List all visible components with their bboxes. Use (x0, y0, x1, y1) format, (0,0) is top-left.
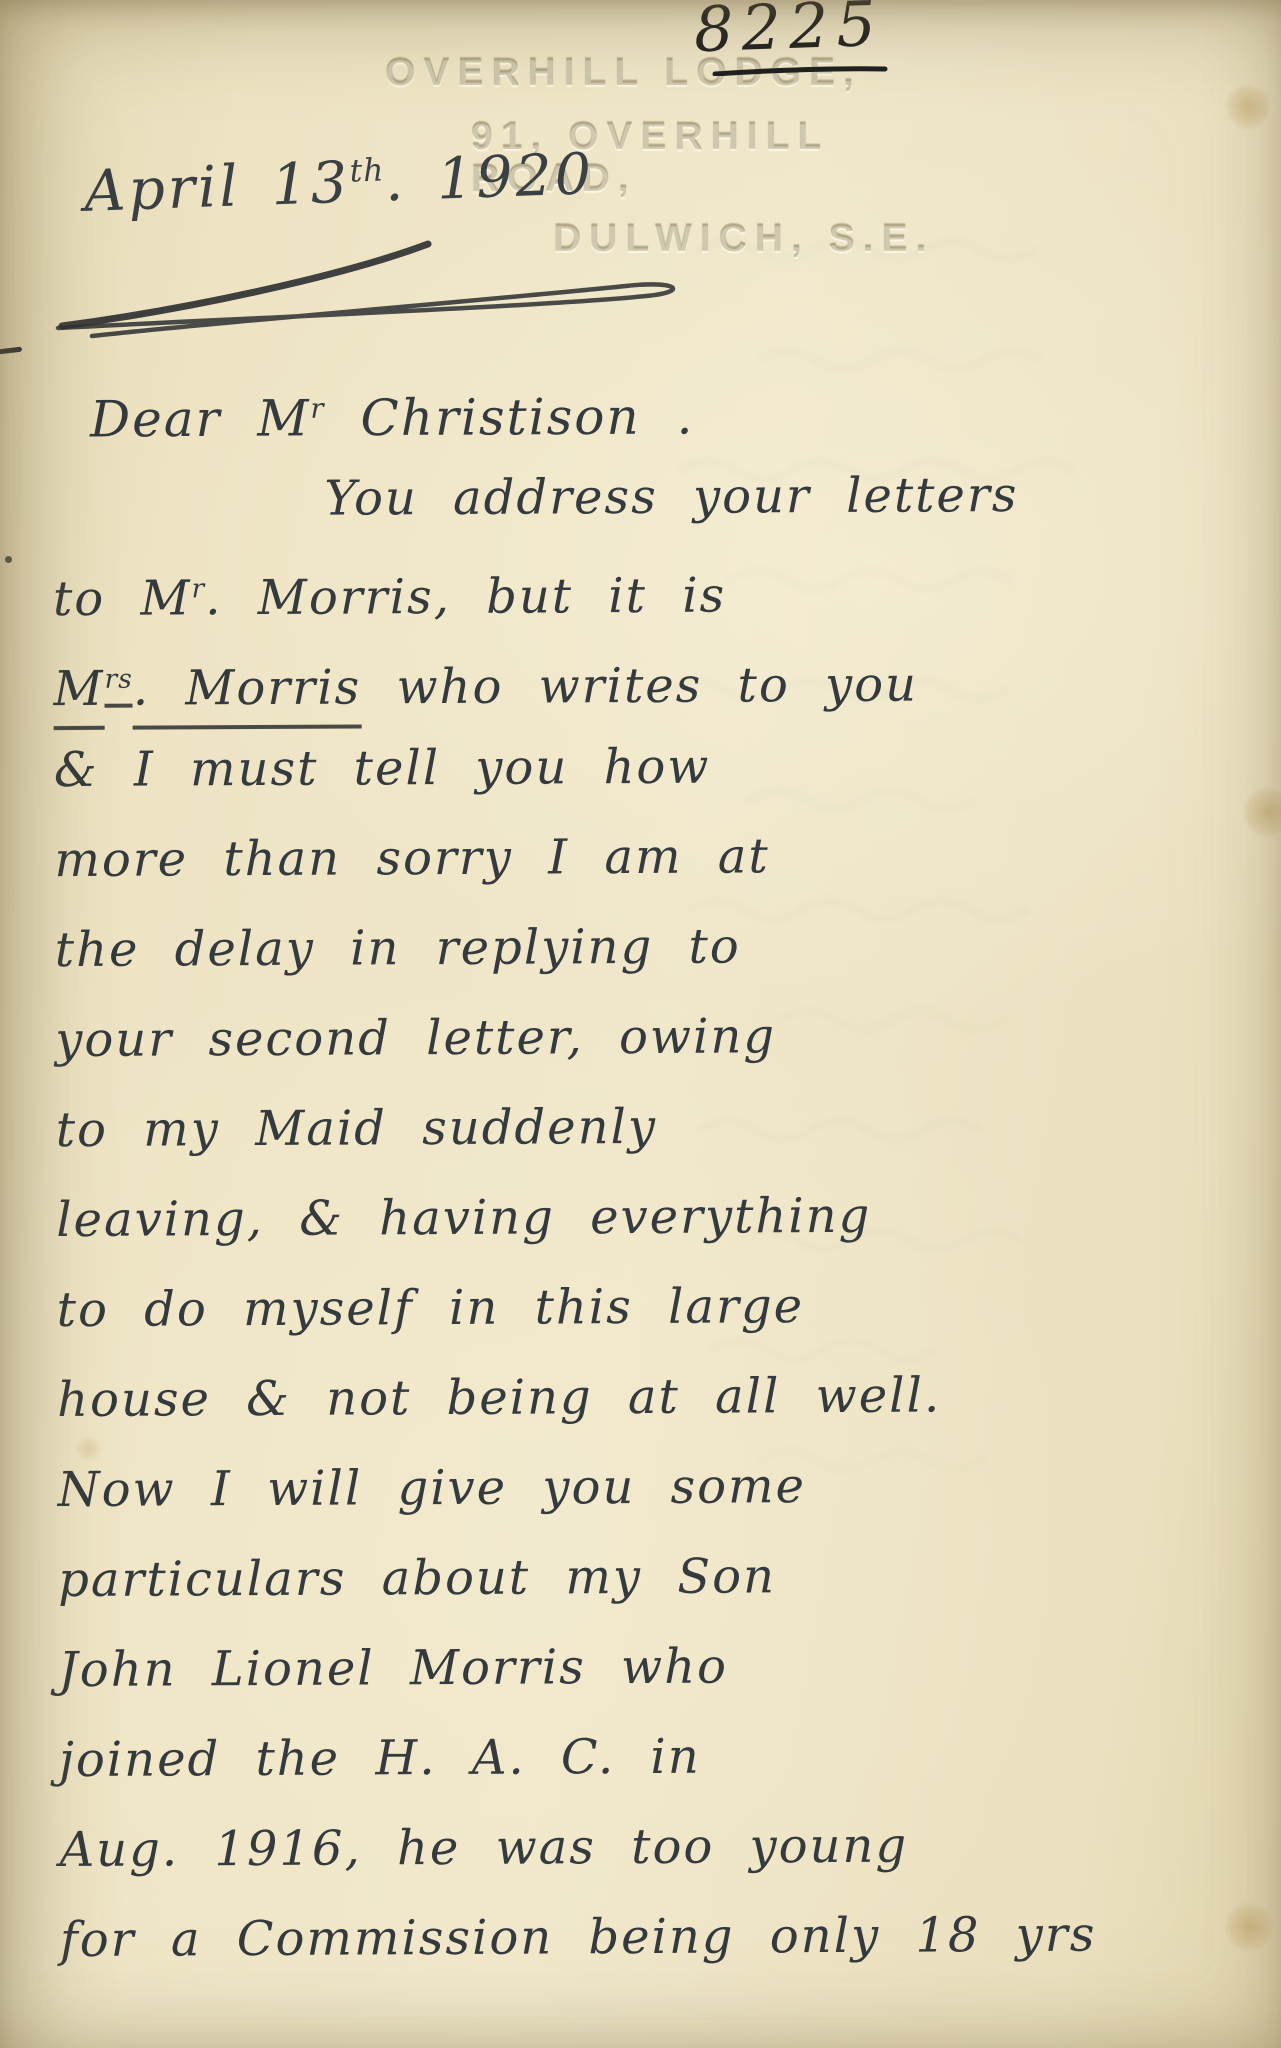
letter-line: & I must tell you how (54, 719, 1224, 815)
letter-line: leaving, & having everything (56, 1169, 1226, 1265)
letter-line: the delay in replying to (55, 899, 1225, 995)
letter-body: Dear Mr Christison . You address your le… (52, 359, 1230, 1985)
letter-scan-page: OVERHILL LODGE, 91, OVERHILL ROAD, DULWI… (0, 0, 1281, 2048)
date-underline-flourish (48, 238, 698, 353)
letterhead-house-name: OVERHILL LODGE, (385, 52, 985, 94)
letter-line: for a Commission being only 18 yrs (60, 1889, 1230, 1985)
foxing-stain (1242, 786, 1281, 838)
letter-line: to my Maid suddenly (56, 1079, 1226, 1175)
margin-ink-dot (5, 556, 12, 563)
letter-line: your second letter, owing (55, 989, 1225, 1085)
letter-line: You address your letters (52, 449, 1222, 545)
letter-line: more than sorry I am at (54, 809, 1224, 905)
letter-line: house & not being at all well. (57, 1349, 1227, 1445)
letter-line: John Lionel Morris who (58, 1619, 1228, 1715)
letter-line: Mrs. Morris who writes to you (53, 629, 1223, 725)
letter-line: to Mr. Morris, but it is (53, 539, 1223, 635)
letter-line: joined the H. A. C. in (59, 1709, 1229, 1805)
foxing-stain (1224, 1902, 1274, 1952)
margin-ink-dash (0, 347, 22, 355)
salutation: Dear Mr Christison . (52, 359, 1222, 455)
archive-number-underline (712, 66, 888, 76)
foxing-stain (1224, 84, 1272, 130)
letter-line: particulars about my Son (58, 1529, 1228, 1625)
letter-line: Aug. 1916, he was too young (59, 1799, 1229, 1895)
letter-line: Now I will give you some (57, 1439, 1227, 1535)
archive-number: 8225 (693, 0, 885, 66)
letter-line: to do myself in this large (56, 1259, 1226, 1355)
